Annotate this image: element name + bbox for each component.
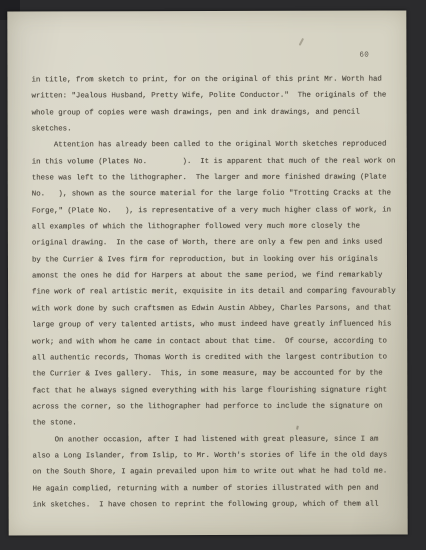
paper-smudge-mark [299,38,304,46]
text-line: Forge," (Plate No. ), is representative … [32,202,400,219]
text-line: fact that he always signed everything wi… [32,382,400,399]
text-line: in this volume (Plates No. ). It is appa… [32,153,400,170]
text-line: by the Currier & Ives firm for reproduct… [32,251,400,268]
text-line: these was left to the lithographer. The … [32,170,400,187]
document-page: 60 in title, from sketch to print, for o… [7,10,407,535]
text-line: amonst the ones he did for Harpers at ab… [32,268,400,285]
text-line: also a Long Islander, from Islip, to Mr.… [32,447,400,464]
text-line: He again complied, returning with a numb… [33,480,401,497]
text-line: sketches. [32,121,400,138]
text-line: across the corner, so the lithographer h… [32,398,400,415]
text-line: all examples of which the lithographer f… [32,219,400,236]
typewritten-text: in title, from sketch to print, for on t… [31,71,400,513]
text-line: written: "Jealous Husband, Pretty Wife, … [32,88,400,105]
text-line: the stone. [32,415,400,432]
text-line: No. ), shown as the source material for … [32,186,400,203]
text-line: fine work of real artistic merit, exquis… [32,284,400,301]
text-line: the Currier & Ives gallery. This, in som… [32,366,400,383]
page-number: 60 [359,52,369,60]
text-line: large group of very talented artists, wh… [32,317,400,334]
text-line: ink sketches. I have chosen to reprint t… [33,496,401,513]
text-line: On another occasion, after I had listene… [32,431,400,448]
text-line: in title, from sketch to print, for on t… [31,71,399,88]
text-line: whole group of copies were wash drawings… [32,104,400,121]
text-line: Attention has already been called to the… [32,137,400,154]
text-line: original drawing. In the case of Worth, … [32,235,400,252]
text-line: all authentic records, Thomas Worth is c… [32,349,400,366]
text-line: work; and with whom he came in contact a… [32,333,400,350]
text-line: with work done by such craftsmen as Edwi… [32,300,400,317]
text-line: on the South Shore, I again prevailed up… [33,464,401,481]
scanned-photo-background: 60 in title, from sketch to print, for o… [0,0,426,550]
